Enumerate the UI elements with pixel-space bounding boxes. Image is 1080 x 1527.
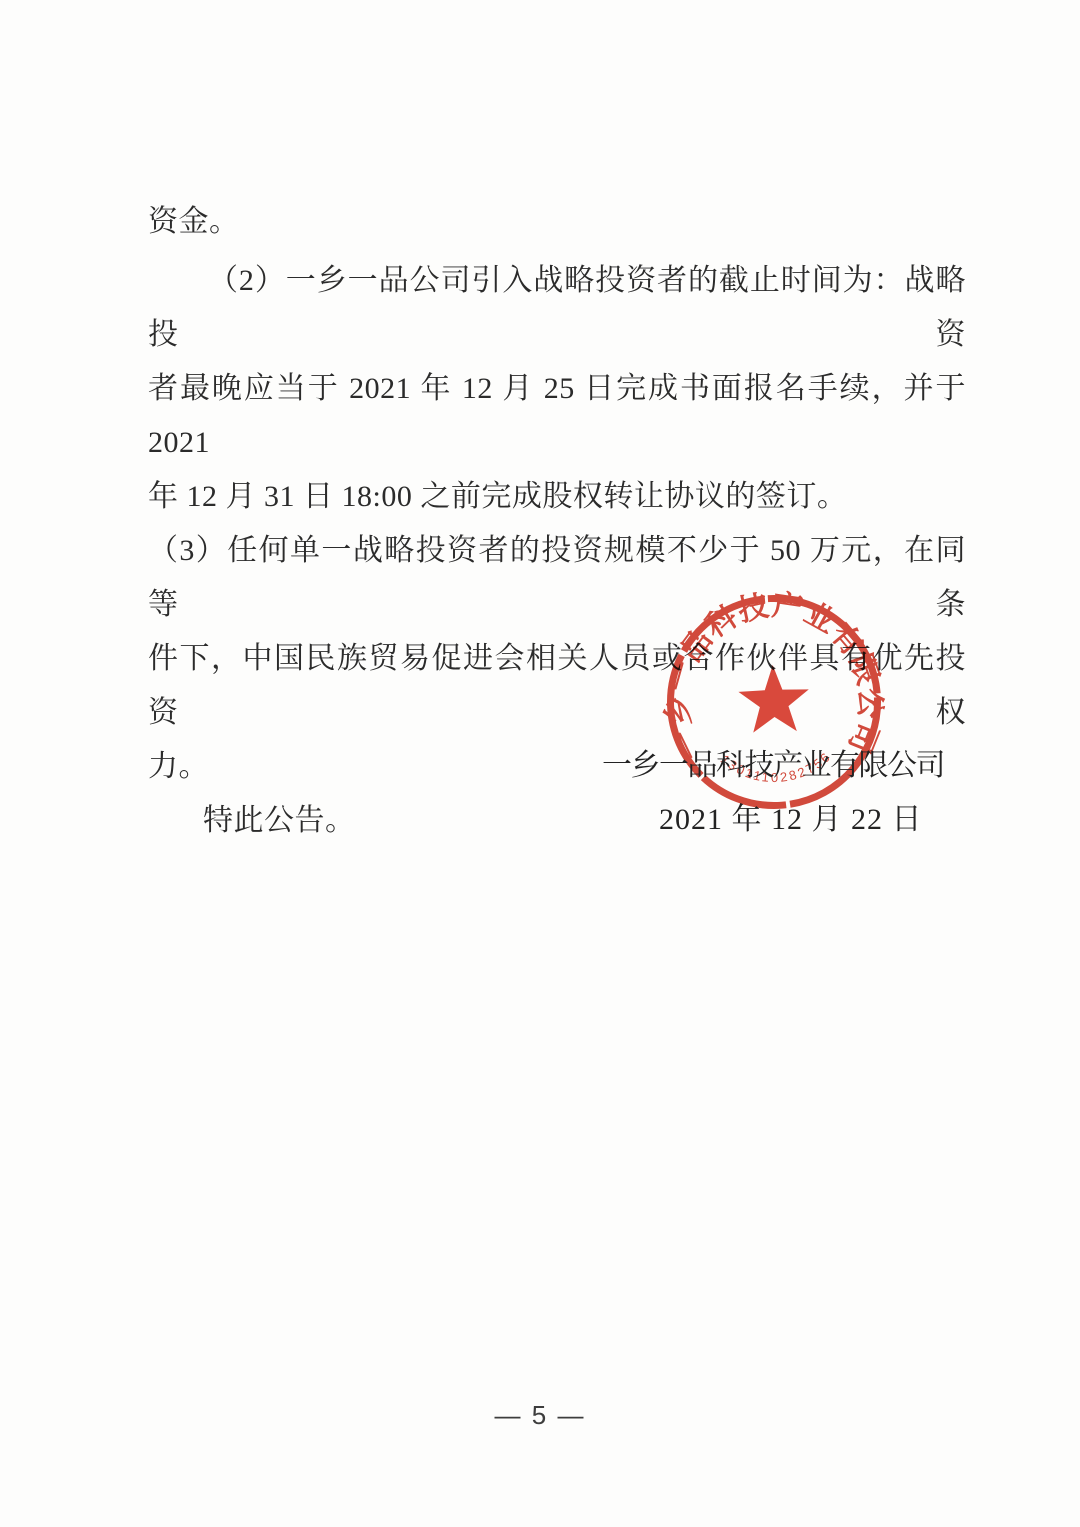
text-line: 年 12 月 31 日 18:00 之前完成股权转让协议的签订。 xyxy=(148,470,966,524)
document-page: 资金。 （2）一乡一品公司引入战略投资者的截止时间为：战略投资 者最晚应当于 2… xyxy=(0,0,1080,1527)
page-number: — 5 — xyxy=(0,1400,1080,1430)
signature-company-name: 一乡一品科技产业有限公司 xyxy=(602,748,944,784)
text-line: 资金。 xyxy=(148,195,966,249)
seal-star-icon xyxy=(738,664,811,733)
signature-date: 2021 年 12 月 22 日 xyxy=(659,802,923,838)
company-seal: 一乡一品科技产业有限公司 1301110282756 xyxy=(650,578,898,826)
text-line: 者最晚应当于 2021 年 12 月 25 日完成书面报名手续，并于 2021 xyxy=(148,362,966,470)
text-line: （2）一乡一品公司引入战略投资者的截止时间为：战略投资 xyxy=(148,254,966,362)
